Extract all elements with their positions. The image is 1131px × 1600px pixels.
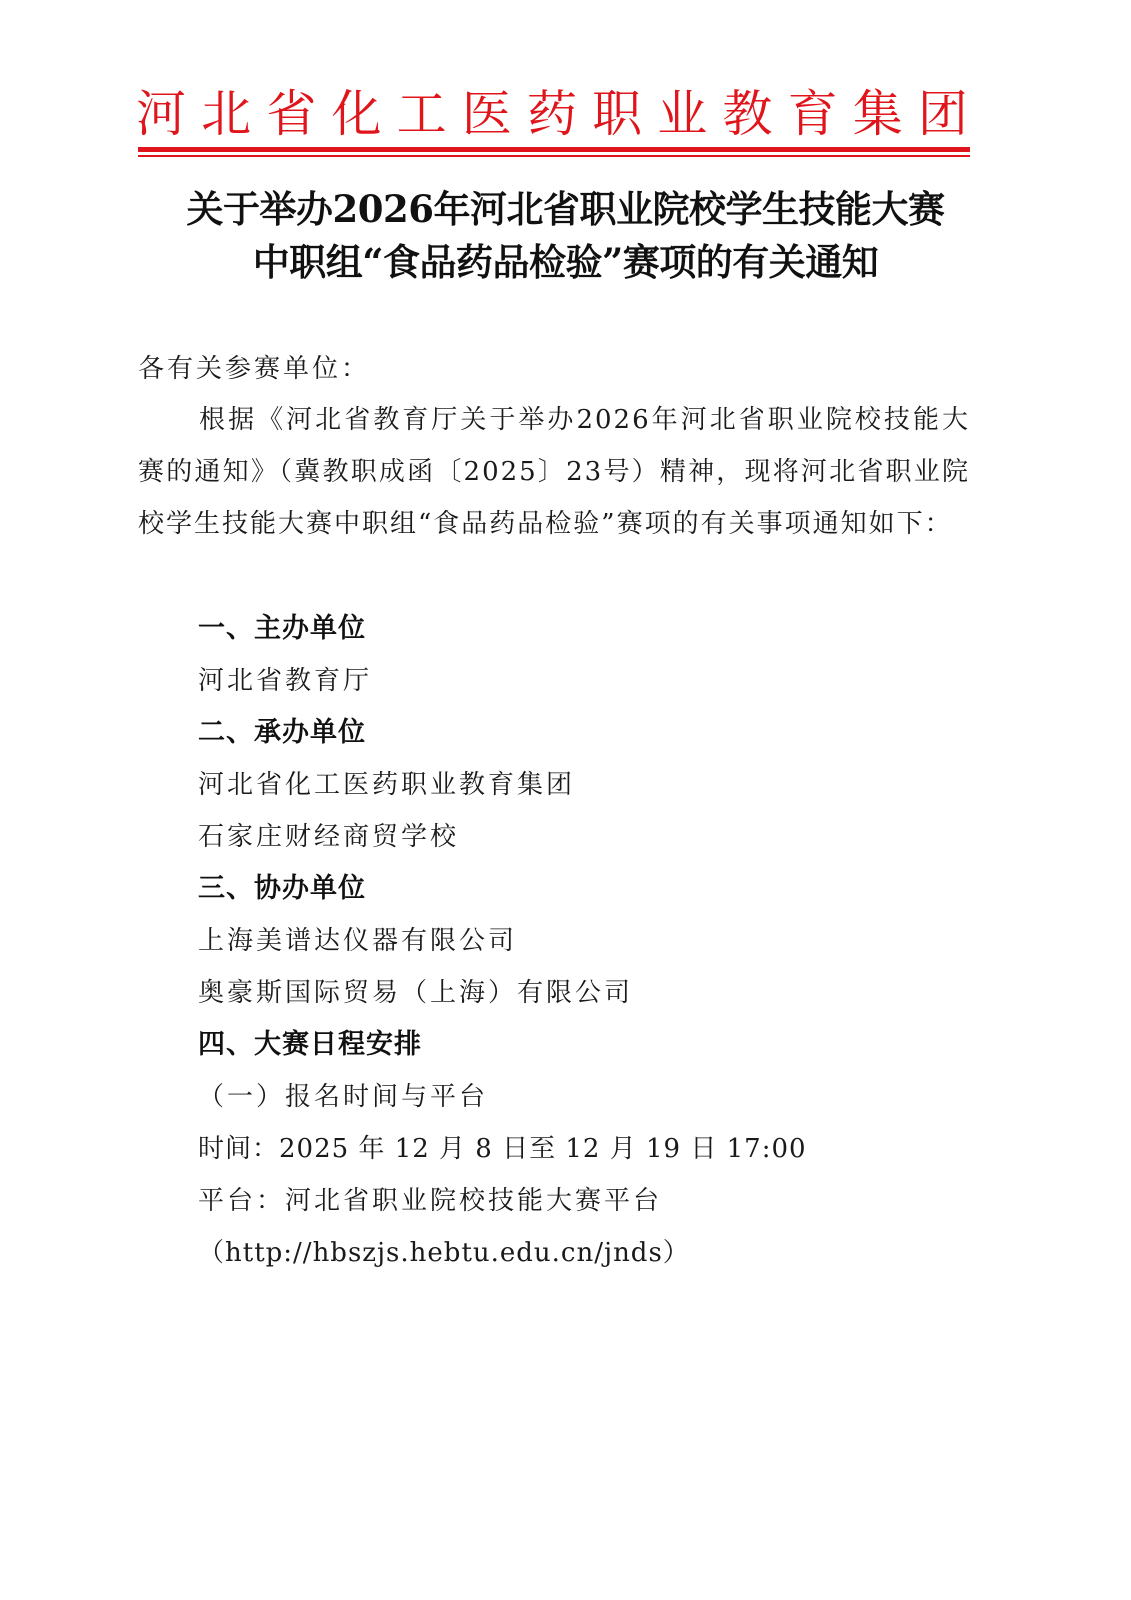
org-masthead: 河 北 省 化 工 医 药 职 业 教 育 集 团 — [136, 86, 968, 142]
section-heading-co-organizer: 三、协办单位 — [198, 871, 366, 907]
masthead-char: 药 — [527, 86, 577, 142]
masthead-char: 省 — [266, 86, 316, 142]
masthead-char: 集 — [853, 86, 903, 142]
masthead-char: 河 — [136, 86, 186, 142]
registration-time: 时间：2025 年 12 月 8 日至 12 月 19 日 17:00 — [198, 1131, 807, 1167]
masthead-divider-thin — [138, 155, 970, 157]
masthead-divider-thick — [138, 147, 970, 152]
intro-paragraph: 根据《河北省教育厅关于举办2026年河北省职业院校技能大赛的通知》（冀教职成函〔… — [138, 394, 970, 550]
masthead-char: 化 — [331, 86, 381, 142]
co-organizer-item: 上海美谱达仪器有限公司 — [198, 923, 517, 959]
intro-text: 根据《河北省教育厅关于举办2026年河北省职业院校技能大赛的通知》（冀教职成函〔… — [138, 405, 970, 539]
masthead-char: 工 — [397, 86, 447, 142]
host-item: 河北省教育厅 — [198, 663, 372, 699]
salutation: 各有关参赛单位： — [138, 351, 370, 387]
subsection-heading-registration: （一）报名时间与平台 — [198, 1079, 488, 1115]
organizer-item: 河北省化工医药职业教育集团 — [198, 767, 575, 803]
masthead-char: 医 — [462, 86, 512, 142]
co-organizer-item: 奥豪斯国际贸易（上海）有限公司 — [198, 975, 633, 1011]
document-title-line-1: 关于举办2026年河北省职业院校学生技能大赛 — [100, 184, 1031, 234]
section-heading-schedule: 四、大赛日程安排 — [198, 1027, 422, 1063]
masthead-char: 团 — [918, 86, 968, 142]
registration-platform: 平台：河北省职业院校技能大赛平台 — [198, 1183, 662, 1219]
masthead-char: 业 — [657, 86, 707, 142]
section-heading-organizer: 二、承办单位 — [198, 715, 366, 751]
document-title-line-2: 中职组“食品药品检验”赛项的有关通知 — [100, 237, 1031, 287]
masthead-char: 北 — [201, 86, 251, 142]
organizer-item: 石家庄财经商贸学校 — [198, 819, 459, 855]
masthead-char: 职 — [592, 86, 642, 142]
masthead-char: 教 — [722, 86, 772, 142]
masthead-char: 育 — [788, 86, 838, 142]
registration-url[interactable]: （http://hbszjs.hebtu.edu.cn/jnds） — [198, 1235, 690, 1271]
section-heading-host: 一、主办单位 — [198, 611, 366, 647]
